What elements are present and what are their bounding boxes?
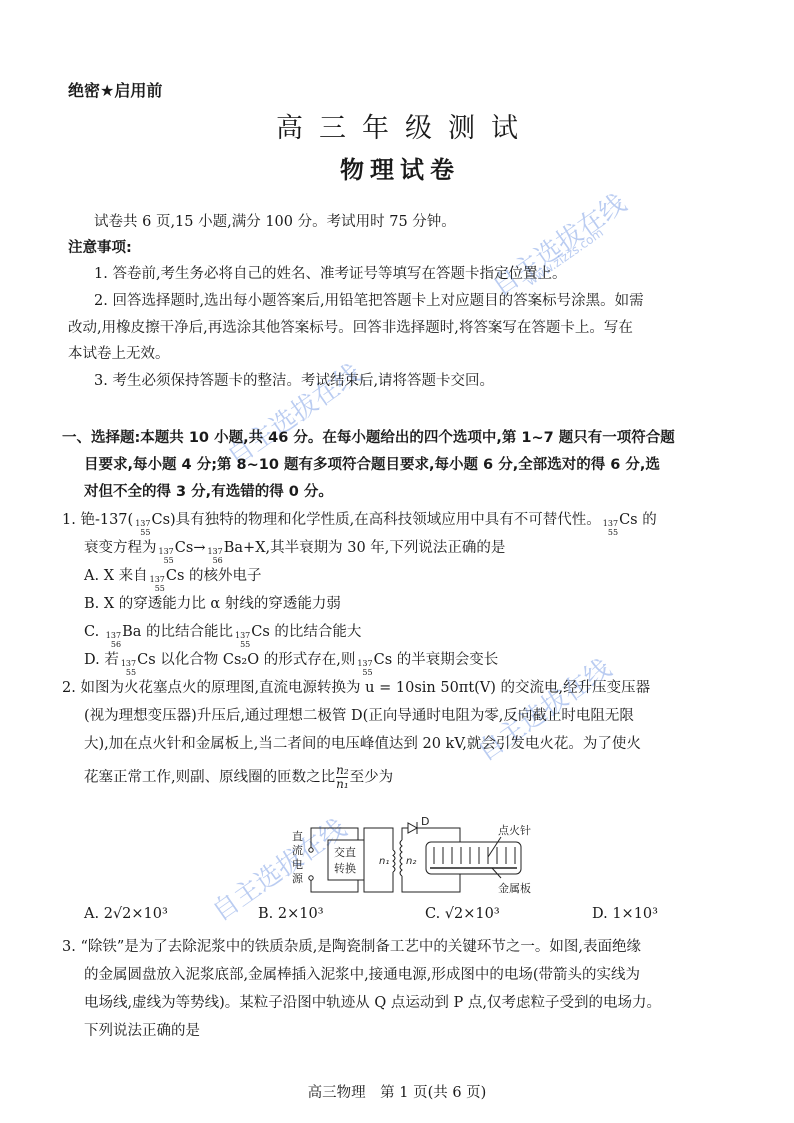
exam-subtitle: 物理试卷 [0,150,794,185]
converter-label: 交直 [334,845,356,859]
text: 1. 铯-137( [62,512,133,528]
question-2-option-b: B. 2×10³ [258,906,324,922]
question-1-stem-cont: 衰变方程为13755Cs→13756Ba+X,其半衰期为 30 年,下列说法正确… [84,536,744,565]
svg-text:源: 源 [292,872,304,885]
nuclide-ba: 13756 [207,547,222,565]
nuclide-cs: 13755 [135,519,150,537]
question-2-stem-cont: (视为理想变压器)升压后,通过理想二极管 D(正向导通时电阻为零,反向截止时电阻… [84,704,744,725]
exam-summary: 试卷共 6 页,15 小题,满分 100 分。考试用时 75 分钟。 [94,210,754,231]
dc-source-label: 直 [292,829,303,843]
note-2-cont: 改动,用橡皮擦干净后,再选涂其他答案标号。回答非选择题时,将答案写在答题卡上。写… [68,316,728,337]
question-3-stem-cont: 电场线,虚线为等势线)。某粒子沿图中轨迹从 Q 点运动到 P 点,仅考虑粒子受到… [84,991,744,1012]
question-1-stem: 1. 铯-137(13755Cs)具有独特的物理和化学性质,在高科技领域应用中具… [62,508,722,537]
section-heading-cont: 目要求,每小题 4 分;第 8~10 题有多项符合题目要求,每小题 6 分,全部… [84,453,744,474]
note-3: 3. 考生必须保持答题卡的整洁。考试结束后,请将答题卡交回。 [94,369,754,390]
question-2-stem-cont: 大),加在点火针和金属板上,当二者间的电压峰值达到 20 kV,就会引发电火花。… [84,732,744,753]
nuclide-cs: 13755 [159,547,174,565]
svg-text:流: 流 [292,843,303,857]
nuclide-cs: 13755 [150,575,165,593]
n2-label: n₂ [406,856,416,867]
page-footer: 高三物理 第 1 页(共 6 页) [0,1081,794,1102]
needle-label: 点火针 [498,823,531,837]
note-1: 1. 答卷前,考生务必将自己的姓名、准考证号等填写在答题卡指定位置上。 [94,262,754,283]
svg-text:转换: 转换 [334,861,356,875]
confidential-label: 绝密★启用前 [68,78,162,101]
question-3-stem-cont: 的金属圆盘放入泥浆底部,金属棒插入泥浆中,接通电源,形成图中的电场(带箭头的实线… [84,963,744,984]
text: Cs)具有独特的物理和化学性质,在高科技领域应用中具有不可替代性。 [151,512,600,528]
question-1-option-d: D. 若13755Cs 以化合物 Cs₂O 的形式存在,则13755Cs 的半衰… [84,648,744,677]
turns-ratio-fraction: n₂n₁ [336,764,349,791]
nuclide-cs: 13755 [121,659,136,677]
section-heading-end: 对但不全的得 3 分,有选错的得 0 分。 [84,480,744,501]
exam-title: 高三年级测试 [0,106,794,145]
notes-title: 注意事项: [68,236,728,257]
question-2-option-d: D. 1×10³ [592,906,658,922]
n1-label: n₁ [379,856,389,867]
question-1-option-a: A. X 来自13755Cs 的核外电子 [84,564,744,593]
question-2-stem: 2. 如图为火花塞点火的原理图,直流电源转换为 u = 10sin 50πt(V… [62,676,722,697]
spark-plug-circuit-diagram: 直 流 电 源 交直 转换 n₁ n₂ D 点火针 金属板 [280,810,580,900]
note-2-end: 本试卷上无效。 [68,342,728,363]
nuclide-ba: 13756 [106,631,121,649]
section-heading: 一、选择题:本题共 10 小题,共 46 分。在每小题给出的四个选项中,第 1~… [62,426,722,447]
note-2: 2. 回答选择题时,选出每小题答案后,用铅笔把答题卡上对应题目的答案标号涂黑。如… [94,289,754,310]
question-2-option-c: C. √2×10³ [425,906,500,922]
nuclide-cs: 13755 [603,519,618,537]
text: Cs 的 [619,512,657,528]
question-2-stem-end: 花塞正常工作,则副、原线圈的匝数之比n₂n₁至少为 [84,764,744,791]
question-1-option-c: C. 13756Ba 的比结合能比13755Cs 的比结合能大 [84,620,744,649]
question-3-stem: 3. “除铁”是为了去除泥浆中的铁质杂质,是陶瓷制备工艺中的关键环节之一。如图,… [62,935,722,956]
diode-label: D [421,815,429,828]
question-1-option-b: B. X 的穿透能力比 α 射线的穿透能力弱 [84,592,744,613]
plate-label: 金属板 [498,881,531,895]
question-3-stem-end: 下列说法正确的是 [84,1019,744,1040]
nuclide-cs: 13755 [235,631,250,649]
nuclide-cs: 13755 [357,659,372,677]
question-2-option-a: A. 2√2×10³ [84,906,168,922]
svg-text:电: 电 [292,857,303,871]
